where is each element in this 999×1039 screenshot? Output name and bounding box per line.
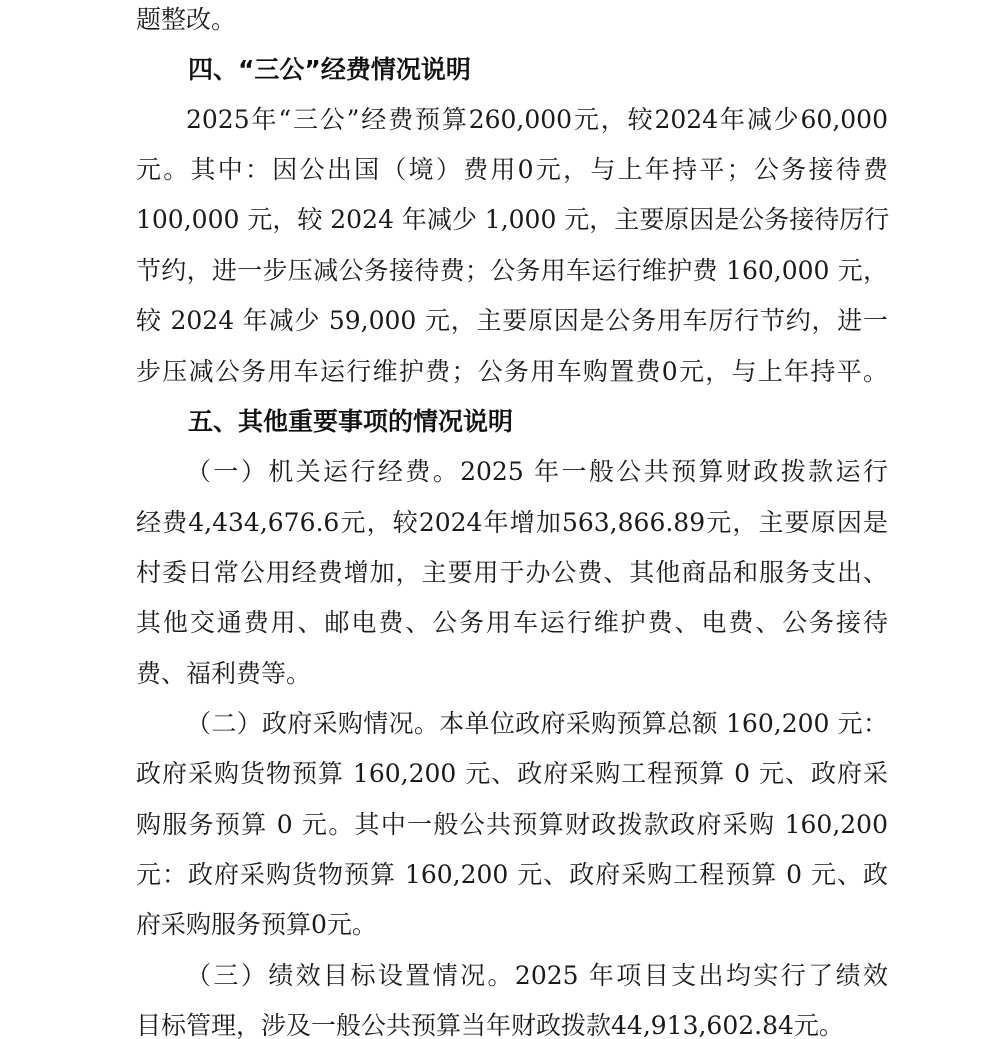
section-heading-other-matters: 五、其他重要事项的情况说明	[188, 402, 940, 442]
paragraph-line: 目标管理，涉及一般公共预算当年财政拨款44,913,602.84元。	[136, 1006, 888, 1039]
paragraph-line: 费、福利费等。	[136, 654, 888, 694]
text-line-prev-paragraph-end: 题整改。	[136, 0, 888, 40]
paragraph-line: （三）绩效目标设置情况。2025 年项目支出均实行了绩效	[186, 956, 888, 996]
paragraph-line: 其他交通费用、邮电费、公务用车运行维护费、电费、公务接待	[136, 603, 888, 643]
paragraph-line: 元：政府采购货物预算 160,200 元、政府采购工程预算 0 元、政	[136, 855, 888, 895]
document-page: 题整改。 四、“三公”经费情况说明 2025年“三公”经费预算260,000元，…	[0, 0, 999, 1039]
paragraph-line: 村委日常公用经费增加，主要用于办公费、其他商品和服务支出、	[136, 553, 888, 593]
paragraph-line: 100,000 元，较 2024 年减少 1,000 元，主要原因是公务接待厉行	[136, 200, 888, 240]
paragraph-line: 元。其中：因公出国（境）费用0元，与上年持平；公务接待费	[136, 150, 888, 190]
paragraph-line: 政府采购货物预算 160,200 元、政府采购工程预算 0 元、政府采	[136, 754, 888, 794]
paragraph-line: 较 2024 年减少 59,000 元，主要原因是公务用车厉行节约，进一	[136, 301, 888, 341]
paragraph-line: 经费4,434,676.6元，较2024年增加563,866.89元，主要原因是	[136, 503, 888, 543]
paragraph-line: 购服务预算 0 元。其中一般公共预算财政拨款政府采购 160,200	[136, 805, 888, 845]
section-heading-three-public-expenses: 四、“三公”经费情况说明	[188, 50, 940, 90]
paragraph-line: 2025年“三公”经费预算260,000元，较2024年减少60,000	[186, 100, 888, 140]
paragraph-line: 节约，进一步压减公务接待费；公务用车运行维护费 160,000 元，	[136, 251, 888, 291]
paragraph-line: 府采购服务预算0元。	[136, 905, 888, 945]
paragraph-line: 步压减公务用车运行维护费；公务用车购置费0元，与上年持平。	[136, 352, 888, 392]
paragraph-line: （一）机关运行经费。2025 年一般公共预算财政拨款运行	[186, 452, 888, 492]
paragraph-line: （二）政府采购情况。本单位政府采购预算总额 160,200 元：	[186, 704, 888, 744]
